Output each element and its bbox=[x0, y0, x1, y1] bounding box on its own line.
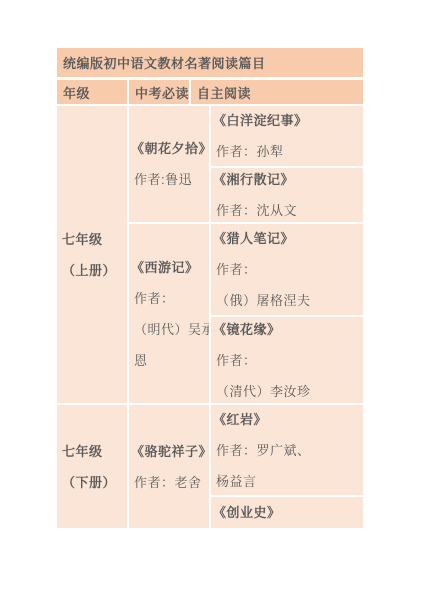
cell-self-read-hongyan: 《红岩》 作者：罗广斌、 杨益言 bbox=[211, 405, 363, 495]
book-title: 《骆驼祥子》 bbox=[131, 436, 209, 467]
book-title: 《白洋淀纪事》 bbox=[213, 106, 363, 136]
book-author-continued: 恩 bbox=[134, 345, 209, 376]
page-background: 统编版初中语文教材名著阅读篇目 年级 中考必读 自主阅读 七年级 （上册） 七年… bbox=[0, 0, 424, 600]
cell-self-read-xiangxingsanji: 《湘行散记》 作者：沈从文 bbox=[211, 168, 363, 222]
book-author: 作者： bbox=[216, 345, 363, 376]
book-title: 《湘行散记》 bbox=[213, 168, 363, 195]
table-title: 统编版初中语文教材名著阅读篇目 bbox=[57, 48, 363, 77]
cell-must-read-luotuoxiangzi: 《骆驼祥子》 作者：老舍 bbox=[129, 405, 209, 528]
cell-must-read-chaohuaxishi: 《朝花夕拾》 作者:鲁迅 bbox=[129, 106, 209, 222]
cell-self-read-baiyangdian: 《白洋淀纪事》 作者：孙犁 bbox=[211, 106, 363, 166]
table-body: 七年级 （上册） 七年级 （下册） 《朝花夕拾》 作者:鲁迅 《西游记》 作者：… bbox=[57, 106, 363, 528]
book-author: 作者:鲁迅 bbox=[134, 164, 209, 195]
column-header-self-read: 自主阅读 bbox=[191, 80, 363, 104]
book-author-continued: （清代）李汝珍 bbox=[216, 376, 363, 404]
book-title: 《猎人笔记》 bbox=[213, 224, 363, 254]
book-author-continued: 杨益言 bbox=[216, 466, 363, 496]
cell-grade-7-lower: 七年级 （下册） bbox=[57, 405, 127, 528]
grade-volume-label: （上册） bbox=[62, 255, 127, 286]
grade-label: 七年级 bbox=[62, 224, 127, 255]
book-title: 《西游记》 bbox=[131, 252, 209, 283]
book-title: 《镜花缘》 bbox=[213, 317, 363, 345]
grade-label: 七年级 bbox=[62, 436, 127, 467]
book-author-continued: （明代）吴承 bbox=[134, 314, 209, 345]
column-header-grade: 年级 bbox=[57, 80, 127, 104]
table-header-row: 年级 中考必读 自主阅读 bbox=[57, 80, 363, 104]
book-title: 《朝花夕拾》 bbox=[131, 133, 209, 164]
cell-self-read-chuangyeshi: 《创业史》 bbox=[211, 497, 363, 528]
book-author: 作者： bbox=[216, 254, 363, 285]
book-author: 作者：孙犁 bbox=[216, 136, 363, 166]
cell-must-read-xiyouji: 《西游记》 作者： （明代）吴承 恩 bbox=[129, 224, 209, 403]
book-author: 作者：沈从文 bbox=[216, 195, 363, 222]
book-author: 作者： bbox=[134, 283, 209, 314]
cell-self-read-jinghuayuan: 《镜花缘》 作者： （清代）李汝珍 bbox=[211, 317, 363, 403]
cell-grade-7-upper: 七年级 （上册） bbox=[57, 106, 127, 403]
reading-list-table: 统编版初中语文教材名著阅读篇目 年级 中考必读 自主阅读 七年级 （上册） 七年… bbox=[57, 48, 363, 528]
grade-volume-label: （下册） bbox=[62, 467, 127, 498]
book-author: 作者：老舍 bbox=[134, 467, 209, 498]
book-author-continued: （俄）屠格涅夫 bbox=[216, 285, 363, 315]
book-author: 作者：罗广斌、 bbox=[216, 435, 363, 466]
cell-self-read-lierenbiji: 《猎人笔记》 作者： （俄）屠格涅夫 bbox=[211, 224, 363, 315]
book-title: 《创业史》 bbox=[213, 497, 363, 528]
book-title: 《红岩》 bbox=[213, 405, 363, 435]
column-header-must-read: 中考必读 bbox=[129, 80, 189, 104]
